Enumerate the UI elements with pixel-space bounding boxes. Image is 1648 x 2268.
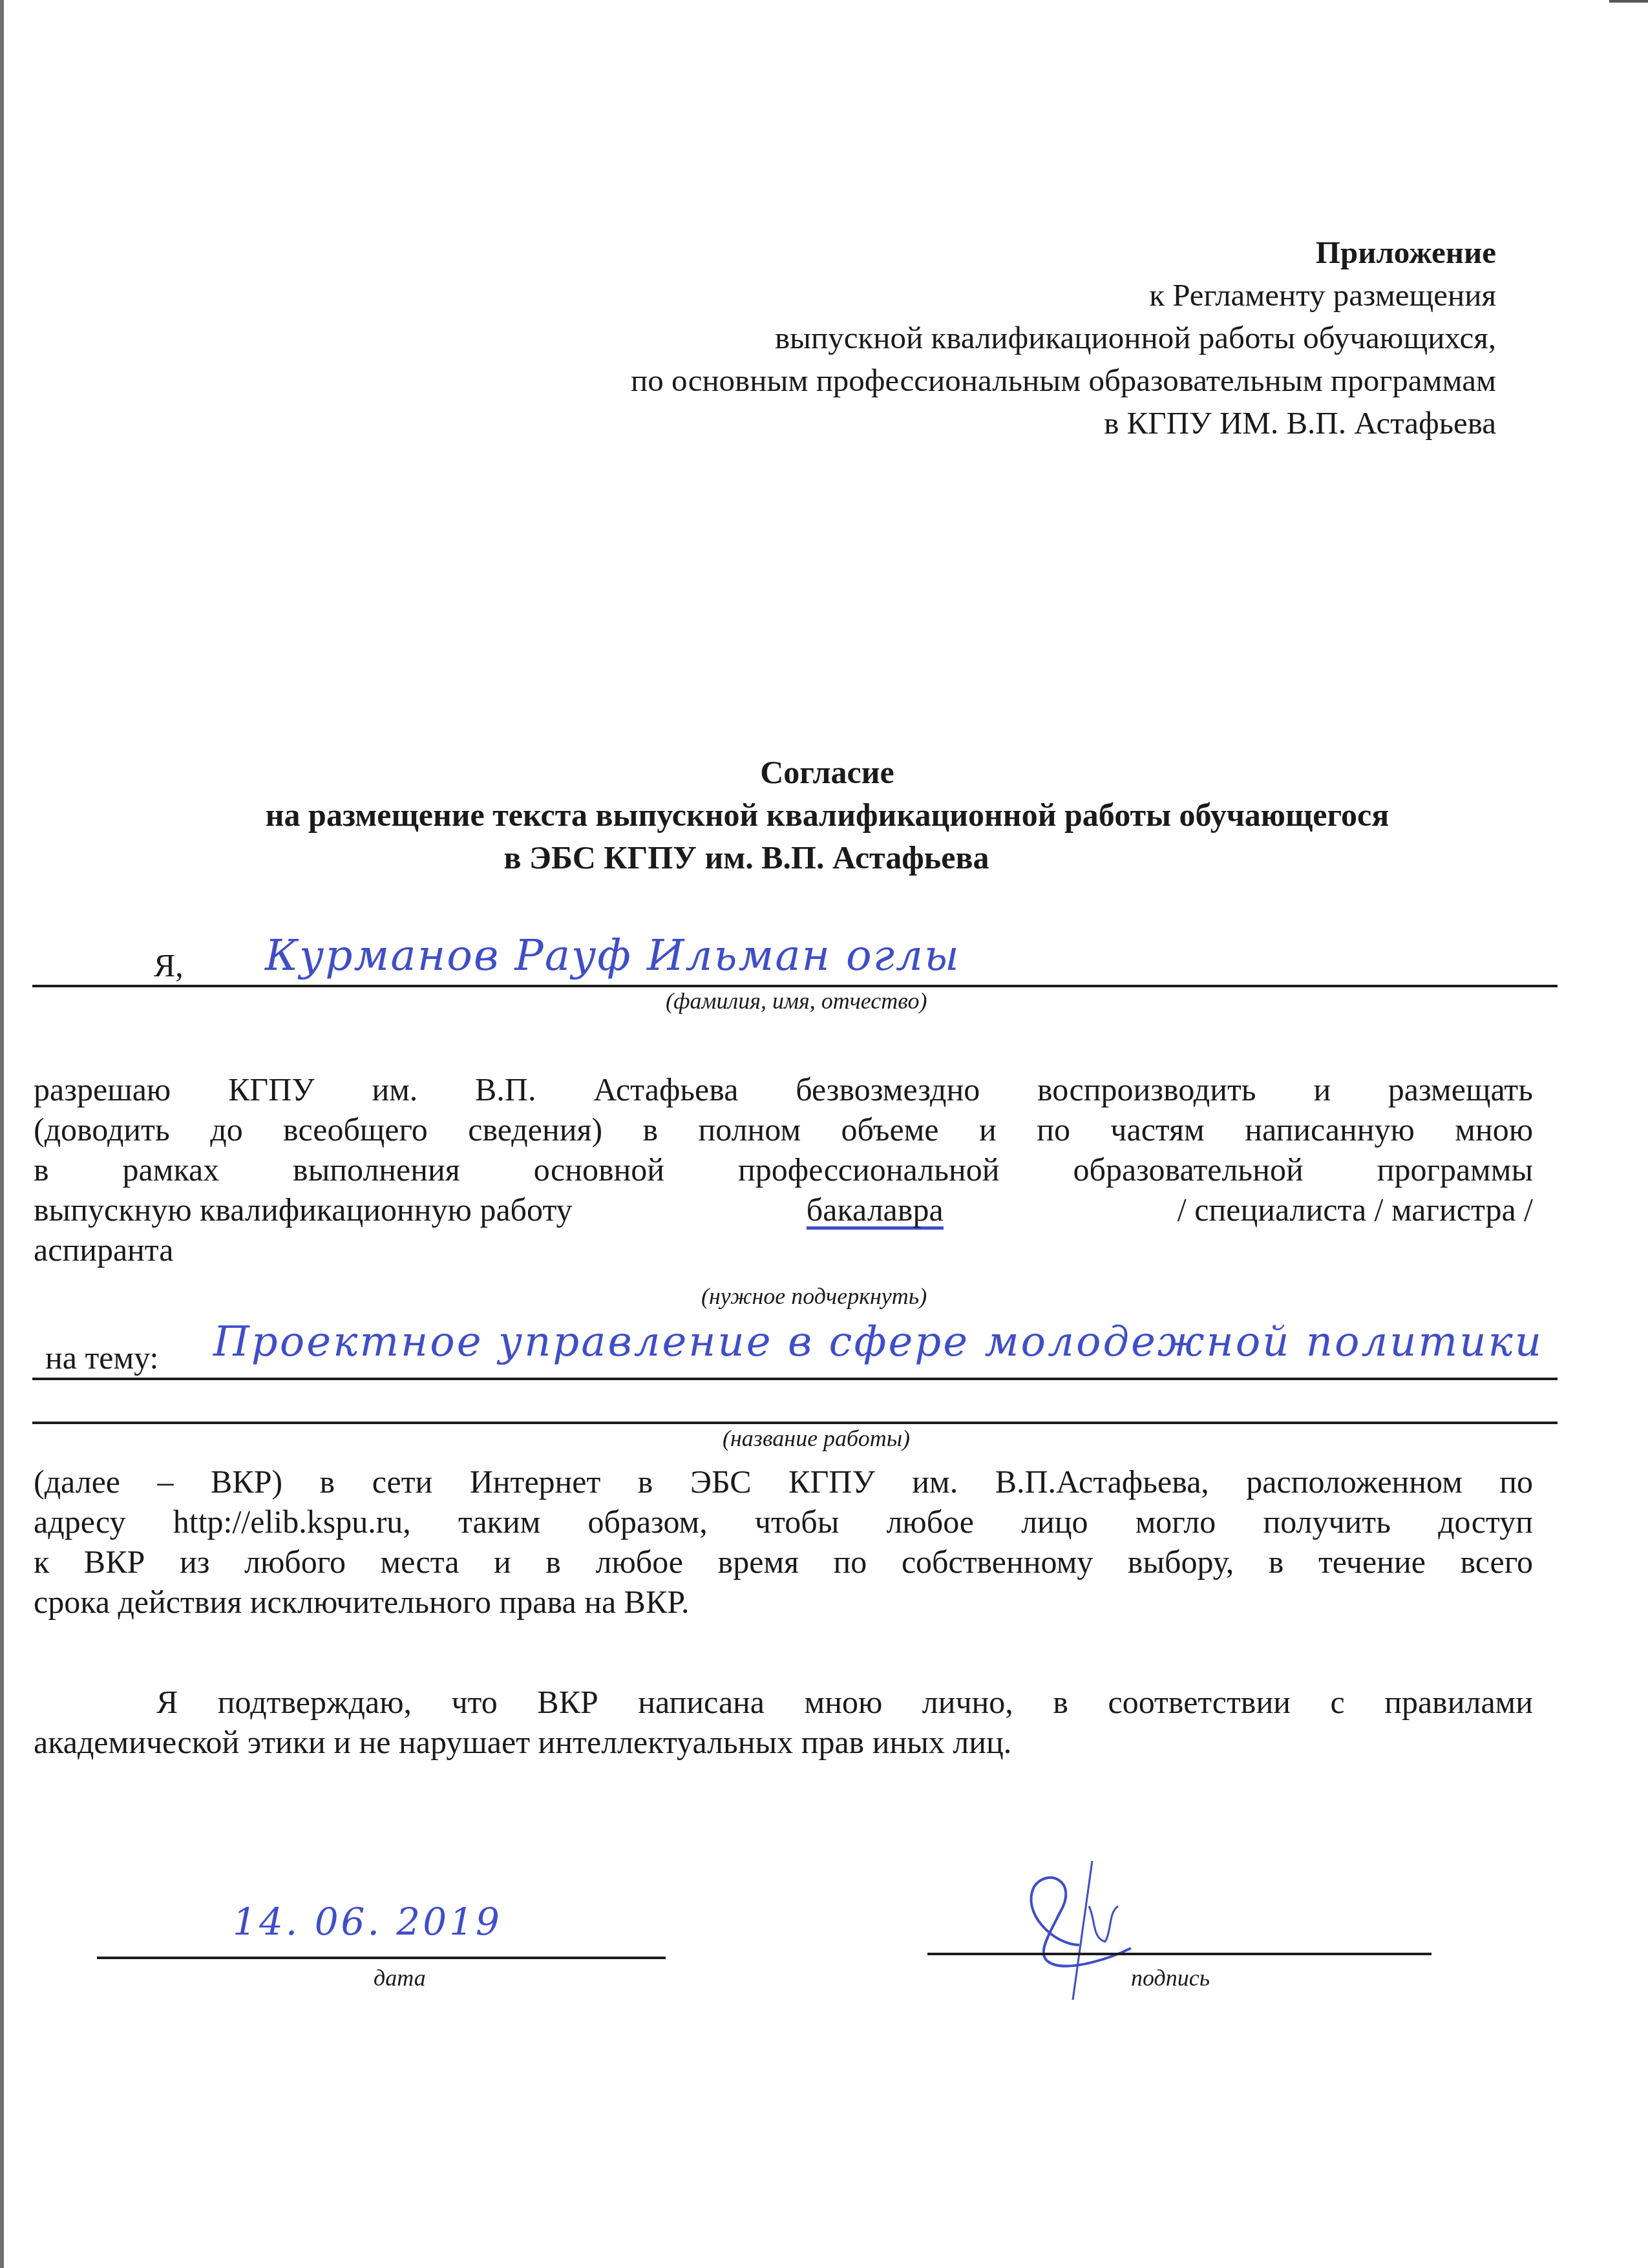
consent-title-block: Согласие на размещение текста выпускной …	[0, 751, 1648, 879]
date-handwritten: 14. 06. 2019	[233, 1900, 502, 1944]
date-caption: дата	[374, 1964, 426, 1991]
appendix-title: Приложение	[268, 231, 1496, 274]
degree-caption: (нужное подчеркнуть)	[701, 1283, 927, 1310]
topic-caption: (название работы)	[723, 1425, 910, 1452]
paragraph-line: разрешаю КГПУ им. В.П. Астафьева безвозм…	[34, 1069, 1533, 1109]
signature-caption: подпись	[1131, 1964, 1210, 1991]
paragraph-line: адресу http://elib.kspu.ru, таким образо…	[34, 1502, 1533, 1542]
degree-option-bachelor[interactable]: бакалавра	[807, 1190, 944, 1230]
topic-field-line[interactable]	[32, 1378, 1558, 1380]
paragraph-line: академической этики и не нарушает интелл…	[34, 1722, 1533, 1762]
name-prefix: Я,	[154, 947, 184, 984]
confirmation-paragraph: Я подтверждаю, что ВКР написана мною лич…	[34, 1682, 1533, 1762]
name-handwritten: Курманов Рауф Ильман оглы	[265, 930, 960, 980]
date-field-line[interactable]	[97, 1957, 666, 1959]
topic-field-line-2[interactable]	[32, 1422, 1558, 1424]
degree-prefix: выпускную квалификационную работу	[34, 1190, 573, 1230]
paragraph-line: к ВКР из любого места и в любое время по…	[34, 1542, 1533, 1582]
appendix-line: по основным профессиональным образовател…	[268, 359, 1496, 402]
consent-subtitle: на размещение текста выпускной квалифика…	[3, 793, 1648, 836]
paragraph-line: (далее – ВКР) в сети Интернет в ЭБС КГПУ…	[34, 1462, 1533, 1502]
topic-prefix: на тему:	[45, 1339, 158, 1376]
placement-paragraph: (далее – ВКР) в сети Интернет в ЭБС КГПУ…	[34, 1462, 1533, 1622]
appendix-line: в КГПУ ИМ. В.П. Астафьева	[268, 402, 1496, 445]
degree-options-rest: / специалиста / магистра /	[1178, 1190, 1533, 1230]
name-caption: (фамилия, имя, отчество)	[666, 987, 927, 1014]
paragraph-line: срока действия исключительного права на …	[34, 1582, 1533, 1622]
scan-edge	[1609, 0, 1648, 3]
permission-paragraph: разрешаю КГПУ им. В.П. Астафьева безвозм…	[34, 1069, 1533, 1270]
scan-edge	[0, 0, 4, 2268]
appendix-line: выпускной квалификационной работы обучаю…	[268, 317, 1496, 359]
paragraph-line: (доводить до всеобщего сведения) в полно…	[34, 1109, 1533, 1150]
appendix-header: Приложение к Регламенту размещения выпус…	[268, 231, 1496, 445]
degree-option-postgrad: аспиранта	[34, 1230, 1533, 1270]
signature-field-line[interactable]	[927, 1953, 1431, 1955]
consent-title: Согласие	[3, 751, 1648, 793]
appendix-line: к Регламенту размещения	[268, 274, 1496, 317]
paragraph-line: Я подтверждаю, что ВКР написана мною лич…	[34, 1682, 1533, 1722]
paragraph-line: в рамках выполнения основной профессиона…	[34, 1150, 1533, 1190]
consent-subtitle: в ЭБС КГПУ им. В.П. Астафьева	[0, 836, 1570, 879]
topic-handwritten: Проектное управление в сфере молодежной …	[213, 1318, 1543, 1366]
degree-line: выпускную квалификационную работу бакала…	[34, 1190, 1533, 1230]
